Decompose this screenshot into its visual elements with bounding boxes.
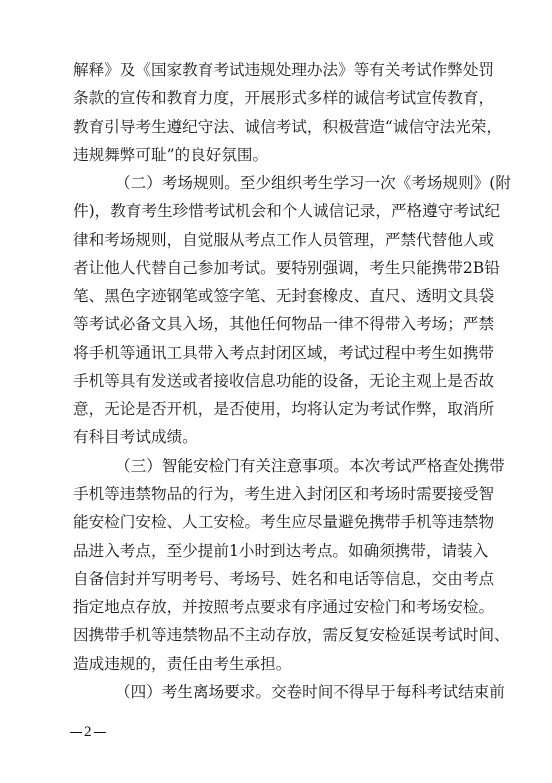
- document-body: 解释》及《国家教育考试违规处理办法》等有关考试作弊处罚 条款的宣传和教育力度，开…: [73, 56, 479, 706]
- text-line: 品进入考点，至少提前1小时到达考点。如确须携带，请装入: [73, 537, 479, 565]
- paragraph-honesty-education: 解释》及《国家教育考试违规处理办法》等有关考试作弊处罚 条款的宣传和教育力度，开…: [73, 56, 479, 169]
- text-line: 自备信封并写明考号、考场号、姓名和电话等信息，交由考点: [73, 565, 479, 593]
- text-line: 等考试必备文具入场，其他任何物品一律不得带入考场；严禁: [73, 310, 479, 338]
- text-line: 指定地点存放，并按照考点要求有序通过安检门和考场安检。: [73, 593, 479, 621]
- paragraph-security-gate: （三）智能安检门有关注意事项。本次考试严格查处携带 手机等违禁物品的行为，考生进…: [73, 452, 479, 678]
- text-span: 本次考试严格查处携带: [349, 457, 505, 475]
- text-line: 件)，教育考生珍惜考试机会和个人诚信记录，严格遵守考试纪: [73, 197, 479, 225]
- text-line: 手机等具有发送或者接收信息功能的设备，无论主观上是否故: [73, 367, 479, 395]
- text-line: 解释》及《国家教育考试违规处理办法》等有关考试作弊处罚: [73, 56, 479, 84]
- text-line: 违规舞弊可耻”的良好氛围。: [73, 141, 479, 169]
- paragraph-leaving-exam: （四）考生离场要求。交卷时间不得早于每科考试结束前: [73, 678, 479, 706]
- text-line: 将手机等通讯工具带入考点封闭区域，考试过程中考生如携带: [73, 339, 479, 367]
- paragraph-exam-rules: （二）考场规则。至少组织考生学习一次《考场规则》(附 件)，教育考生珍惜考试机会…: [73, 169, 479, 452]
- text-line: 者让他人代替自己参加考试。要特别强调，考生只能携带2B铅: [73, 254, 479, 282]
- text-line: 能安检门安检、人工安检。考生应尽量避免携带手机等违禁物: [73, 508, 479, 536]
- text-line: 教育引导考生遵纪守法、诚信考试，积极营造“诚信守法光荣，: [73, 113, 479, 141]
- page-number: 2: [68, 724, 108, 741]
- text-span: 交卷时间不得早于每科考试结束前: [271, 683, 505, 701]
- section-heading: （二）考场规则。: [115, 174, 240, 192]
- text-line: 有科目考试成绩。: [73, 423, 479, 451]
- text-span: 至少组织考生学习一次《考场规则》(附: [240, 174, 511, 192]
- text-line: 因携带手机等违禁物品不主动存放，需反复安检延误考试时间、: [73, 621, 479, 649]
- text-line: 造成违规的，责任由考生承担。: [73, 650, 479, 678]
- section-heading: （三）智能安检门有关注意事项。: [115, 457, 349, 475]
- text-line: （四）考生离场要求。交卷时间不得早于每科考试结束前: [73, 678, 479, 706]
- text-line: 意，无论是否开机，是否使用，均将认定为考试作弊，取消所: [73, 395, 479, 423]
- document-page: 解释》及《国家教育考试违规处理办法》等有关考试作弊处罚 条款的宣传和教育力度，开…: [0, 0, 552, 783]
- text-line: （三）智能安检门有关注意事项。本次考试严格查处携带: [73, 452, 479, 480]
- text-line: 笔、黑色字迹钢笔或签字笔、无封套橡皮、直尺、透明文具袋: [73, 282, 479, 310]
- dash-left: [70, 732, 82, 734]
- text-line: （二）考场规则。至少组织考生学习一次《考场规则》(附: [73, 169, 479, 197]
- text-line: 律和考场规则，自觉服从考点工作人员管理，严禁代替他人或: [73, 226, 479, 254]
- text-line: 条款的宣传和教育力度，开展形式多样的诚信考试宣传教育，: [73, 84, 479, 112]
- page-number-value: 2: [84, 724, 92, 741]
- dash-right: [94, 732, 106, 734]
- section-heading: （四）考生离场要求。: [115, 683, 271, 701]
- text-line: 手机等违禁物品的行为，考生进入封闭区和考场时需要接受智: [73, 480, 479, 508]
